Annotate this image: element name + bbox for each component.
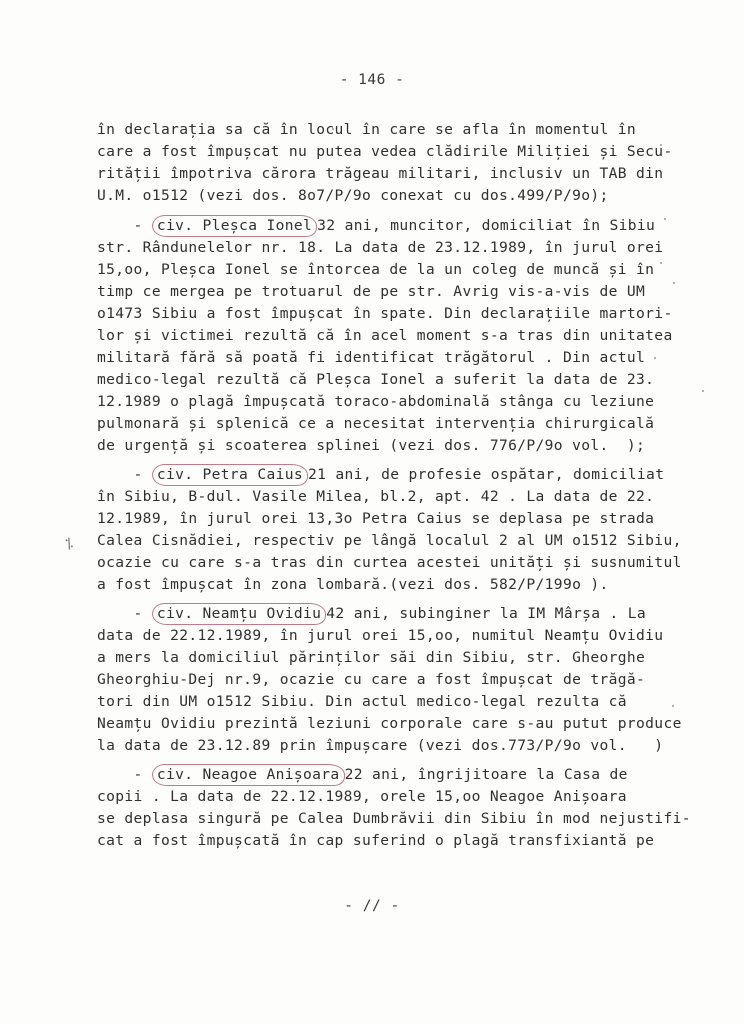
text-line: str. Rândunelelor nr. 18. La data de 23.… [97,238,663,258]
text-line: care a fost împușcat nu putea vedea clăd… [97,142,673,162]
text-line: Calea Cisnădiei, respectiv pe lângă loca… [97,531,682,551]
page-number: - 146 - [0,72,744,88]
scan-speck [656,332,658,334]
handwritten-margin-mark: ⁒ [63,535,74,552]
scan-speck [654,357,656,359]
text-line: tori din UM o1512 Sibiu. Din actul medic… [97,692,627,712]
text-line: 15,oo, Pleșca Ionel se întorcea de la un… [97,260,654,280]
scan-speck [673,282,675,284]
text-line: ocazie cu care s-a tras din curtea acest… [97,553,682,573]
dash-prefix: - [97,466,152,483]
victim-name-circled: civ. Petra Caius [152,464,308,486]
text-line: medico-legal rezultă că Pleșca Ionel a s… [97,370,654,390]
text-line: timp ce mergea pe trotuarul de pe str. A… [97,282,645,302]
entry-text: 21 ani, de profesie ospătar, domiciliat [308,466,664,483]
text-line: lor și victimei rezultă că în acel momen… [97,326,673,346]
text-line: pulmonară și splenică ce a necesitat int… [97,414,654,434]
dash-prefix: - [97,766,152,783]
scan-speck [660,144,662,146]
text-line: 12.1989 o plagă împușcată toraco-abdomin… [97,392,654,412]
text-line: în declarația sa că în locul în care se … [97,120,636,140]
text-line: copii . La data de 22.12.1989, orele 15,… [97,787,627,807]
text-line: în Sibiu, B-dul. Vasile Milea, bl.2, apt… [97,487,654,507]
scan-speck [702,390,704,392]
scan-speck [664,218,666,220]
text-line: o1473 Sibiu a fost împușcat în spate. Di… [97,304,673,324]
scan-speck [660,262,662,264]
entry-first-line: - civ. Petra Caius21 ani, de profesie os… [97,465,664,485]
entry-text: 22 ani, îngrijitoare la Casa de [345,766,628,783]
text-line: a fost împușcat în zona lombară.(vezi do… [97,575,609,595]
victim-name-circled: civ. Pleșca Ionel [152,215,317,237]
text-line: U.M. o1512 (vezi dos. 8o7/P/9o conexat c… [97,186,609,206]
scan-speck [672,705,674,707]
text-line: a mers la domiciliul părinților săi din … [97,648,645,668]
text-line: rității împotriva cărora trăgeau militar… [97,164,663,184]
text-line: data de 22.12.1989, în jurul orei 15,oo,… [97,626,663,646]
victim-name-circled: civ. Neagoe Anișoara [152,764,345,786]
text-line: 12.1989, în jurul orei 13,3o Petra Caius… [97,509,654,529]
entry-first-line: - civ. Neagoe Anișoara22 ani, îngrijitoa… [97,765,628,785]
text-line: Gheorghiu-Dej nr.9, ocazie cu care a fos… [97,670,645,690]
dash-prefix: - [97,217,152,234]
page-continuation-mark: - // - [0,898,744,914]
document-page: - 146 - în declarația sa că în locul în … [0,0,744,1024]
text-line: militară fără să poată fi identificat tr… [97,348,645,368]
text-line: de urgență și scoaterea splinei (vezi do… [97,436,645,456]
text-line: cat a fost împușcată în cap suferind o p… [97,831,654,851]
entry-text: 42 ani, subinginer la IM Mârșa . La [326,605,646,622]
entry-text: 32 ani, muncitor, domiciliat în Sibiu [317,217,655,234]
text-line: la data de 23.12.89 prin împușcare (vezi… [97,736,663,756]
text-line: Neamțu Ovidiu prezintă leziuni corporale… [97,714,682,734]
entry-first-line: - civ. Neamțu Ovidiu42 ani, subinginer l… [97,604,646,624]
entry-first-line: - civ. Pleșca Ionel32 ani, muncitor, dom… [97,216,655,236]
dash-prefix: - [97,605,152,622]
victim-name-circled: civ. Neamțu Ovidiu [152,603,326,625]
text-line: se deplasa singură pe Calea Dumbrăvii di… [97,809,691,829]
scan-speck [332,128,334,130]
